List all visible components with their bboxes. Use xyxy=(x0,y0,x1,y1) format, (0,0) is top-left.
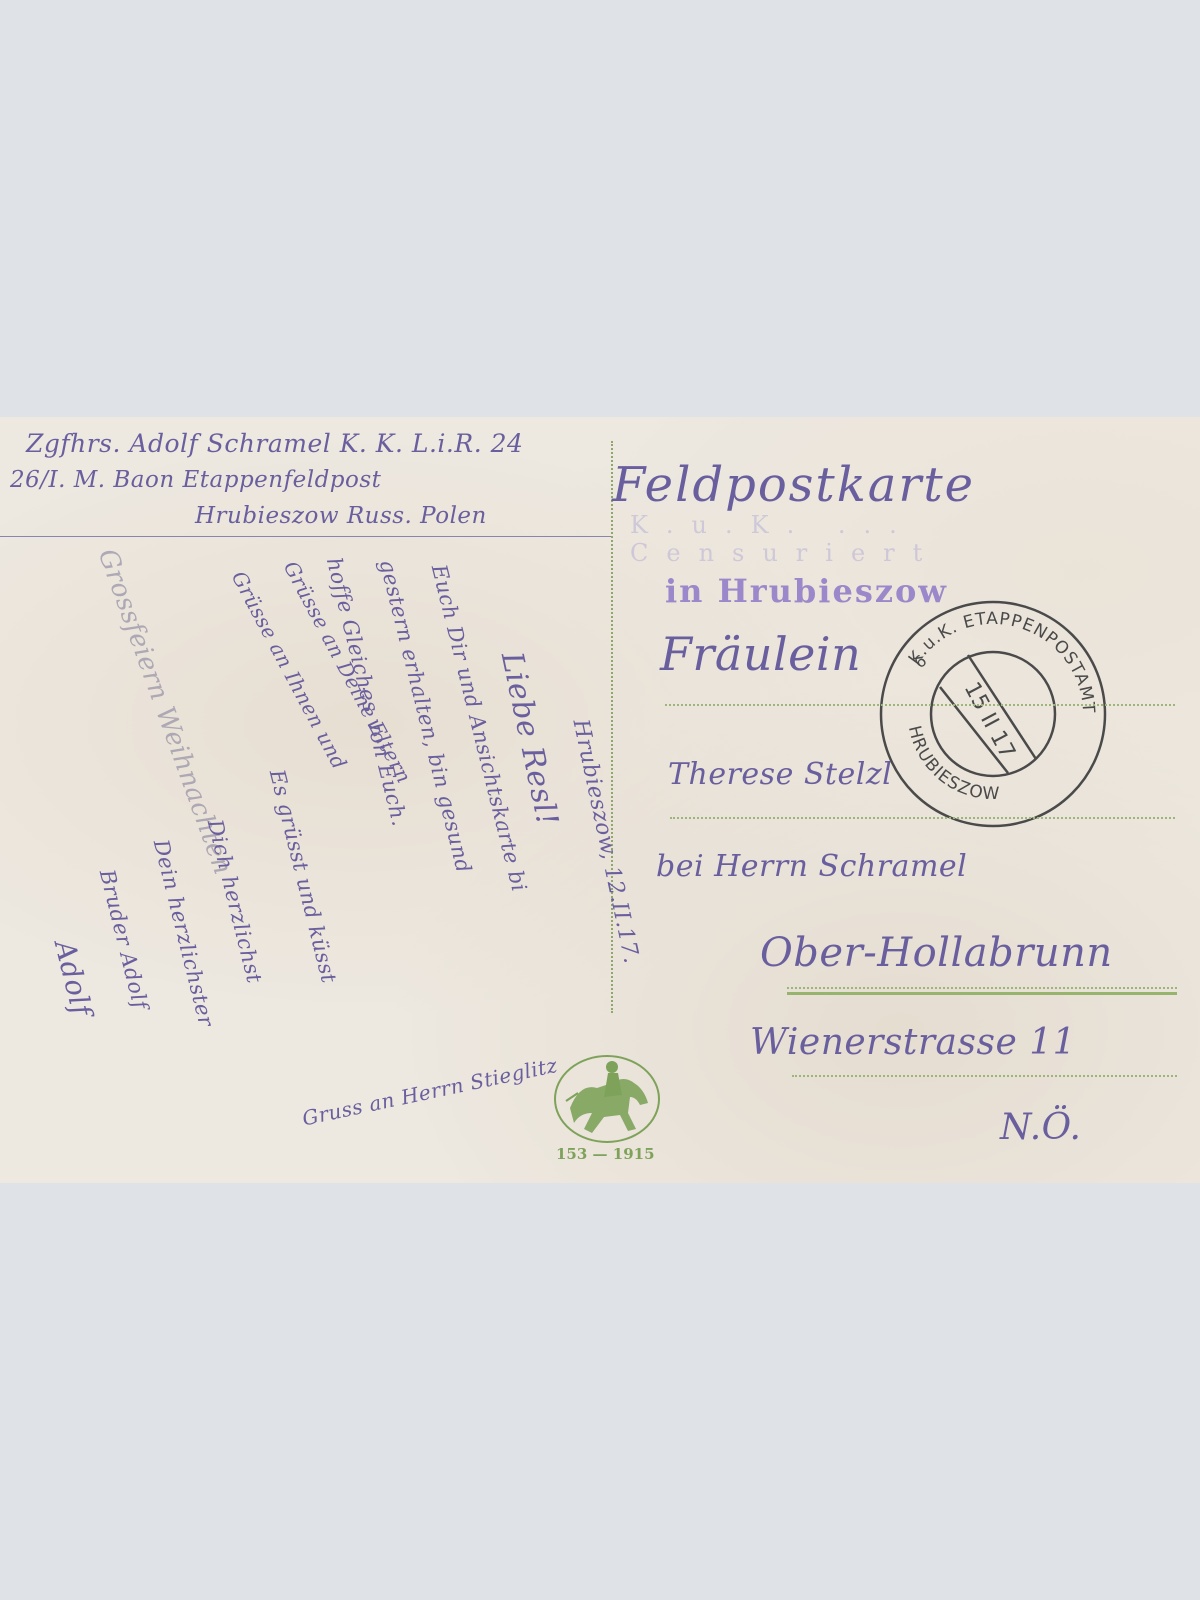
recipient-name: Therese Stelzl xyxy=(668,757,892,792)
message-line: Dich herzlichst xyxy=(203,817,267,986)
postmark-icon: K.u.K. ETAPPENPOSTAMT HRUBIESZOW 6 15 II… xyxy=(868,589,1118,839)
message-place-date: Hrubieszow, 12.II.17. xyxy=(568,717,644,966)
ghost-stamp: K.u.K. ... Censuriert xyxy=(630,511,1200,567)
postcard: Zgfhrs. Adolf Schramel K. K. L.i.R. 24 2… xyxy=(0,417,1200,1183)
message-line: Es grüsst und küsst xyxy=(265,767,341,986)
recipient-region: N.Ö. xyxy=(1000,1107,1082,1148)
address-line xyxy=(792,1075,1177,1077)
recipient-salutation: Fräulein xyxy=(660,627,861,681)
publisher-series: 153 — 1915 xyxy=(556,1145,655,1163)
sender-line-2: 26/I. M. Baon Etappenfeldpost xyxy=(10,467,381,493)
horseman-emblem-icon xyxy=(552,1053,662,1145)
address-line xyxy=(665,704,1175,706)
card-title: Feldpostkarte xyxy=(612,457,975,513)
message-signature: Adolf xyxy=(48,937,99,1020)
address-line xyxy=(787,987,1177,989)
recipient-care-of: bei Herrn Schramel xyxy=(656,849,967,884)
sender-line-3: Hrubieszow Russ. Polen xyxy=(195,503,487,529)
message-extra-line: Gruss an Herrn Stieglitz xyxy=(300,1053,560,1131)
address-line xyxy=(670,817,1175,819)
recipient-city: Ober-Hollabrunn xyxy=(760,930,1113,976)
sender-line-1: Zgfhrs. Adolf Schramel K. K. L.i.R. 24 xyxy=(26,429,523,458)
message-line: Bruder Adolf xyxy=(95,867,153,1012)
city-underline xyxy=(787,992,1177,995)
recipient-street: Wienerstrasse 11 xyxy=(750,1022,1076,1063)
sender-rule xyxy=(0,536,612,537)
